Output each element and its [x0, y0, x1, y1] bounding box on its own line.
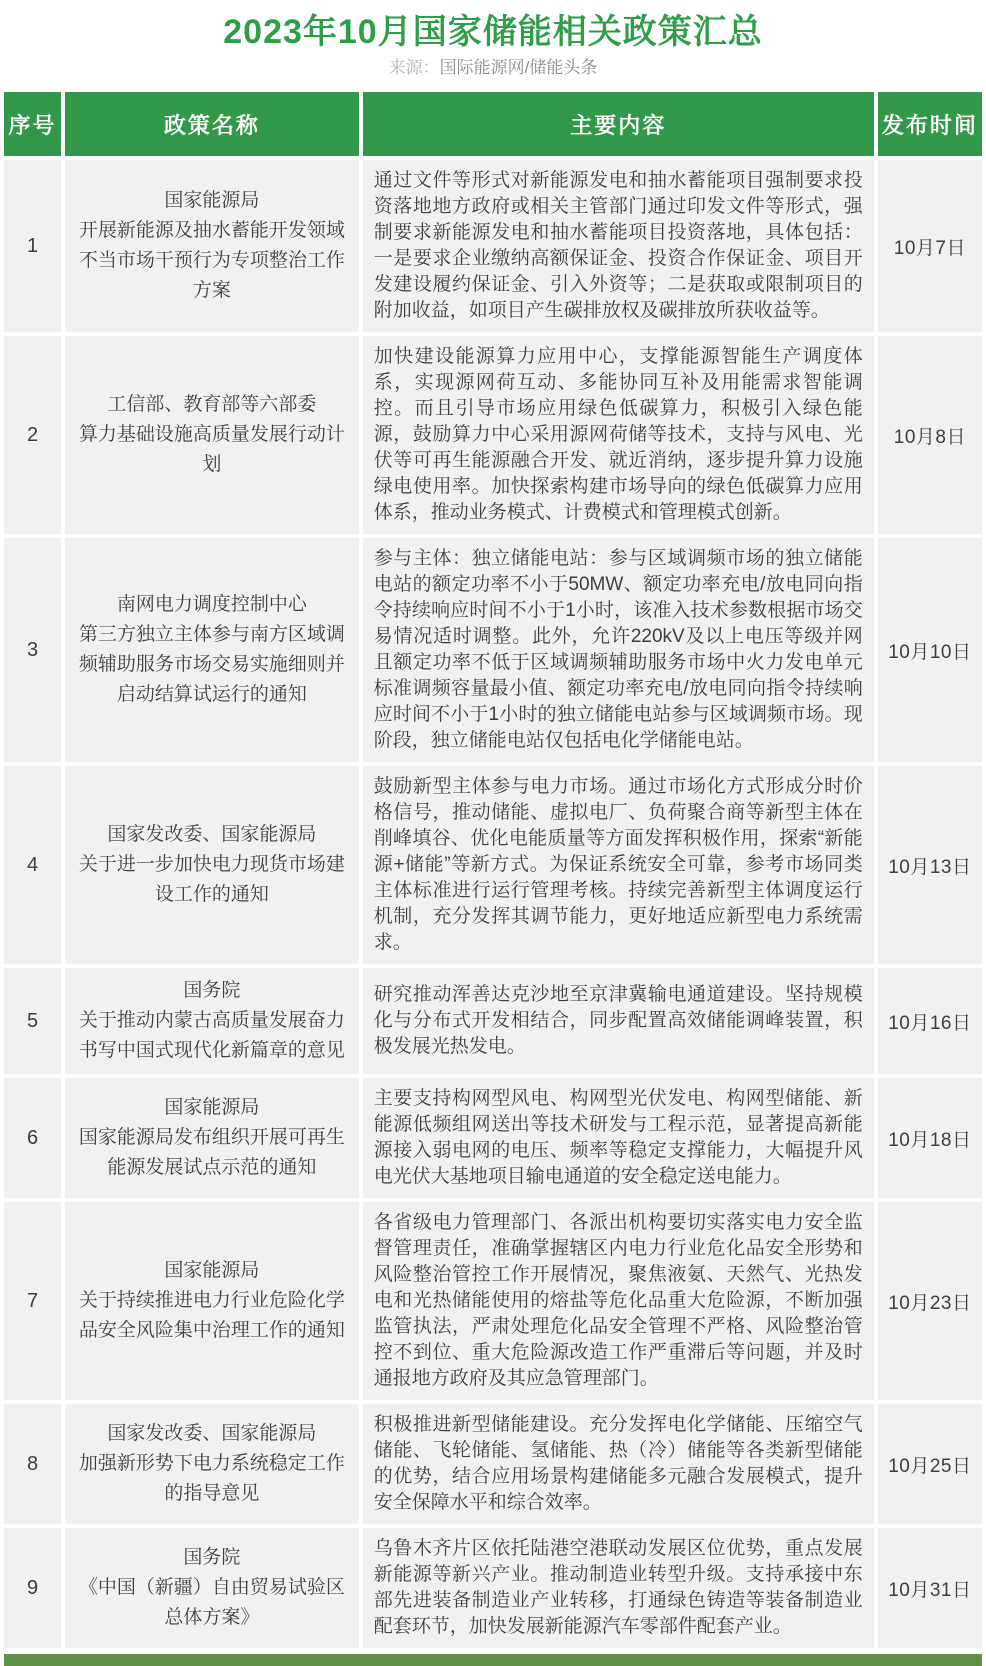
publish-date: 10月18日 — [878, 1078, 982, 1198]
table-header: 序号 政策名称 主要内容 发布时间 — [4, 92, 982, 156]
policy-issuer: 国家发改委、国家能源局 — [71, 820, 353, 850]
publish-date: 10月10日 — [878, 538, 982, 762]
policy-title: 开展新能源及抽水蓄能开发领域不当市场干预行为专项整治工作方案 — [71, 216, 353, 306]
header-row: 序号 政策名称 主要内容 发布时间 — [4, 92, 982, 156]
policy-issuer: 国家能源局 — [71, 1093, 353, 1123]
policy-content: 研究推动浑善达克沙地至京津冀输电通道建设。坚持规模化与分布式开发相结合，同步配置… — [363, 968, 874, 1074]
row-number: 8 — [4, 1404, 61, 1524]
row-number: 7 — [4, 1202, 61, 1400]
policy-name-cell: 国家能源局 关于持续推进电力行业危险化学品安全风险集中治理工作的通知 — [65, 1202, 359, 1400]
table-row: 1 国家能源局 开展新能源及抽水蓄能开发领域不当市场干预行为专项整治工作方案 通… — [4, 160, 982, 332]
table-body: 1 国家能源局 开展新能源及抽水蓄能开发领域不当市场干预行为专项整治工作方案 通… — [4, 160, 982, 1648]
table-row: 5 国务院 关于推动内蒙古高质量发展奋力书写中国式现代化新篇章的意见 研究推动浑… — [4, 968, 982, 1074]
publish-date: 10月16日 — [878, 968, 982, 1074]
policy-title: 加强新形势下电力系统稳定工作的指导意见 — [71, 1449, 353, 1509]
policy-issuer: 国务院 — [71, 1543, 353, 1573]
col-header-no: 序号 — [4, 92, 61, 156]
publish-date: 10月8日 — [878, 336, 982, 534]
page-title: 2023年10月国家储能相关政策汇总 — [0, 0, 986, 56]
policy-name-cell: 工信部、教育部等六部委 算力基础设施高质量发展行动计划 — [65, 336, 359, 534]
footer-bar — [4, 1654, 982, 1666]
row-number: 4 — [4, 766, 61, 964]
policy-title: 国家能源局发布组织开展可再生能源发展试点示范的通知 — [71, 1123, 353, 1183]
table-row: 6 国家能源局 国家能源局发布组织开展可再生能源发展试点示范的通知 主要支持构网… — [4, 1078, 982, 1198]
policy-name-cell: 南网电力调度控制中心 第三方独立主体参与南方区域调频辅助服务市场交易实施细则并启… — [65, 538, 359, 762]
row-number: 3 — [4, 538, 61, 762]
policy-name-cell: 国家发改委、国家能源局 加强新形势下电力系统稳定工作的指导意见 — [65, 1404, 359, 1524]
policy-title: 关于持续推进电力行业危险化学品安全风险集中治理工作的通知 — [71, 1286, 353, 1346]
publish-date: 10月23日 — [878, 1202, 982, 1400]
source-value: 国际能源网/储能头条 — [440, 58, 598, 77]
policy-title: 关于推动内蒙古高质量发展奋力书写中国式现代化新篇章的意见 — [71, 1006, 353, 1066]
policy-content: 加快建设能源算力应用中心，支撑能源智能生产调度体系，实现源网荷互动、多能协同互补… — [363, 336, 874, 534]
col-header-policy-name: 政策名称 — [65, 92, 359, 156]
table-row: 4 国家发改委、国家能源局 关于进一步加快电力现货市场建设工作的通知 鼓励新型主… — [4, 766, 982, 964]
table-row: 3 南网电力调度控制中心 第三方独立主体参与南方区域调频辅助服务市场交易实施细则… — [4, 538, 982, 762]
policy-name-cell: 国家发改委、国家能源局 关于进一步加快电力现货市场建设工作的通知 — [65, 766, 359, 964]
policy-issuer: 国家能源局 — [71, 186, 353, 216]
policy-content: 主要支持构网型风电、构网型光伏发电、构网型储能、新能源低频组网送出等技术研发与工… — [363, 1078, 874, 1198]
col-header-publish-date: 发布时间 — [878, 92, 982, 156]
policy-issuer: 国务院 — [71, 976, 353, 1006]
table-row: 2 工信部、教育部等六部委 算力基础设施高质量发展行动计划 加快建设能源算力应用… — [4, 336, 982, 534]
policy-issuer: 国家能源局 — [71, 1256, 353, 1286]
policy-title: 算力基础设施高质量发展行动计划 — [71, 420, 353, 480]
source-label: 来源： — [389, 58, 440, 77]
policy-content: 通过文件等形式对新能源发电和抽水蓄能项目强制要求投资落地地方政府或相关主管部门通… — [363, 160, 874, 332]
col-header-main-content: 主要内容 — [363, 92, 874, 156]
policy-name-cell: 国家能源局 开展新能源及抽水蓄能开发领域不当市场干预行为专项整治工作方案 — [65, 160, 359, 332]
policy-name-cell: 国务院 《中国（新疆）自由贸易试验区总体方案》 — [65, 1528, 359, 1648]
policy-title: 第三方独立主体参与南方区域调频辅助服务市场交易实施细则并启动结算试运行的通知 — [71, 620, 353, 710]
policy-content: 各省级电力管理部门、各派出机构要切实落实电力安全监督管理责任，准确掌握辖区内电力… — [363, 1202, 874, 1400]
policy-issuer: 国家发改委、国家能源局 — [71, 1419, 353, 1449]
publish-date: 10月25日 — [878, 1404, 982, 1524]
policy-issuer: 工信部、教育部等六部委 — [71, 390, 353, 420]
table-row: 7 国家能源局 关于持续推进电力行业危险化学品安全风险集中治理工作的通知 各省级… — [4, 1202, 982, 1400]
row-number: 9 — [4, 1528, 61, 1648]
row-number: 2 — [4, 336, 61, 534]
publish-date: 10月31日 — [878, 1528, 982, 1648]
policy-title: 关于进一步加快电力现货市场建设工作的通知 — [71, 850, 353, 910]
table-row: 9 国务院 《中国（新疆）自由贸易试验区总体方案》 乌鲁木齐片区依托陆港空港联动… — [4, 1528, 982, 1648]
publish-date: 10月7日 — [878, 160, 982, 332]
policy-name-cell: 国家能源局 国家能源局发布组织开展可再生能源发展试点示范的通知 — [65, 1078, 359, 1198]
source-line: 来源：国际能源网/储能头条 — [0, 56, 986, 80]
policy-table: 序号 政策名称 主要内容 发布时间 1 国家能源局 开展新能源及抽水蓄能开发领域… — [0, 88, 986, 1652]
row-number: 1 — [4, 160, 61, 332]
policy-content: 鼓励新型主体参与电力市场。通过市场化方式形成分时价格信号，推动储能、虚拟电厂、负… — [363, 766, 874, 964]
publish-date: 10月13日 — [878, 766, 982, 964]
row-number: 6 — [4, 1078, 61, 1198]
row-number: 5 — [4, 968, 61, 1074]
policy-content: 乌鲁木齐片区依托陆港空港联动发展区位优势，重点发展新能源等新兴产业。推动制造业转… — [363, 1528, 874, 1648]
table-row: 8 国家发改委、国家能源局 加强新形势下电力系统稳定工作的指导意见 积极推进新型… — [4, 1404, 982, 1524]
policy-name-cell: 国务院 关于推动内蒙古高质量发展奋力书写中国式现代化新篇章的意见 — [65, 968, 359, 1074]
policy-issuer: 南网电力调度控制中心 — [71, 590, 353, 620]
policy-content: 积极推进新型储能建设。充分发挥电化学储能、压缩空气储能、飞轮储能、氢储能、热（冷… — [363, 1404, 874, 1524]
policy-content: 参与主体：独立储能电站：参与区域调频市场的独立储能电站的额定功率不小于50MW、… — [363, 538, 874, 762]
policy-title: 《中国（新疆）自由贸易试验区总体方案》 — [71, 1573, 353, 1633]
